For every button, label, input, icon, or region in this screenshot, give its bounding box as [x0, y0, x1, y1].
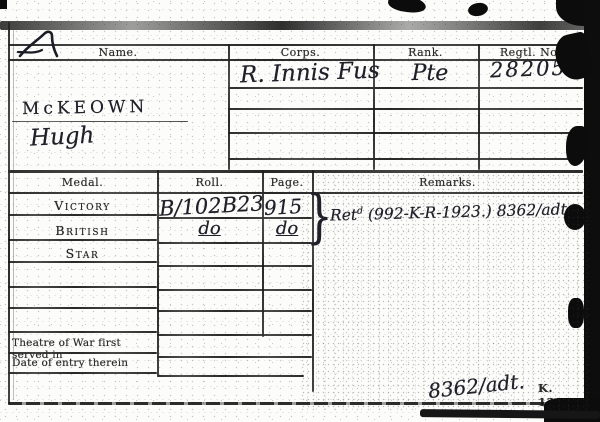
grid-line [228, 108, 583, 110]
corps-value: R. Innis Fus [240, 58, 381, 89]
grid-line [157, 356, 312, 358]
medal-row-star-label: Star [8, 246, 157, 261]
forename-value: Hugh [29, 122, 95, 151]
scan-ink-blob [467, 1, 489, 17]
medal-row-british-label: British [8, 223, 157, 238]
card-left-border [8, 22, 10, 404]
medal-index-card-scan: Name. Corps. Rank. Regtl. No. R. Innis F… [0, 0, 600, 422]
grid-line [478, 44, 480, 170]
medal-row-victory-label: Victory [8, 198, 157, 213]
grid-line [228, 132, 583, 134]
remark-text: Retd (992-K-R-1923.) 8362/adt. [330, 200, 585, 225]
victory-page-value: 915 [263, 194, 302, 220]
grid-line [157, 242, 312, 244]
section-divider-line [8, 170, 583, 173]
scan-edge-tear [564, 204, 586, 230]
grid-line [228, 87, 583, 89]
card-left-inner-border [13, 30, 14, 400]
british-roll-ditto: do [157, 218, 262, 239]
grid-line [228, 158, 583, 160]
scan-bottom-band [420, 409, 600, 419]
scan-ink-blob [387, 0, 427, 15]
remark-rest: (992-K-R-1923.) 8362/adt. [363, 200, 572, 223]
grid-line [8, 192, 583, 194]
british-page-ditto: do [262, 218, 312, 239]
grid-line [8, 214, 157, 216]
grid-line [157, 334, 312, 336]
scan-corner-mark [0, 0, 7, 9]
rank-column-header: Rank. [373, 46, 478, 59]
corps-column-header: Corps. [228, 46, 373, 59]
page-column-header: Page. [262, 176, 312, 189]
surname-value: McKEOWN [22, 97, 149, 119]
handwritten-squiggle-mark [14, 26, 70, 64]
grid-line [157, 310, 312, 312]
remark-prefix: Ret [330, 206, 358, 225]
roll-column-header: Roll. [157, 176, 262, 189]
grid-line [8, 331, 157, 333]
grid-line [157, 375, 304, 377]
card-bottom-border [8, 402, 583, 405]
grid-line [8, 307, 157, 309]
grid-line [228, 44, 230, 170]
date-of-entry-label: Date of entry therein [12, 357, 160, 369]
grid-line [157, 265, 312, 267]
grid-line [157, 289, 312, 291]
scan-top-smudge [0, 21, 600, 30]
surname-underline [12, 121, 188, 122]
grid-line [8, 239, 157, 241]
rank-value: Pte [395, 61, 465, 86]
remark-brace: } [306, 187, 333, 245]
remarks-column-header: Remarks. [312, 176, 583, 189]
grid-line [8, 372, 157, 374]
grid-line [8, 286, 157, 288]
bottom-annotation: 8362/adt. [427, 369, 526, 403]
scan-edge-tear [568, 298, 584, 328]
grid-line [8, 261, 157, 263]
medal-column-header: Medal. [8, 176, 157, 189]
